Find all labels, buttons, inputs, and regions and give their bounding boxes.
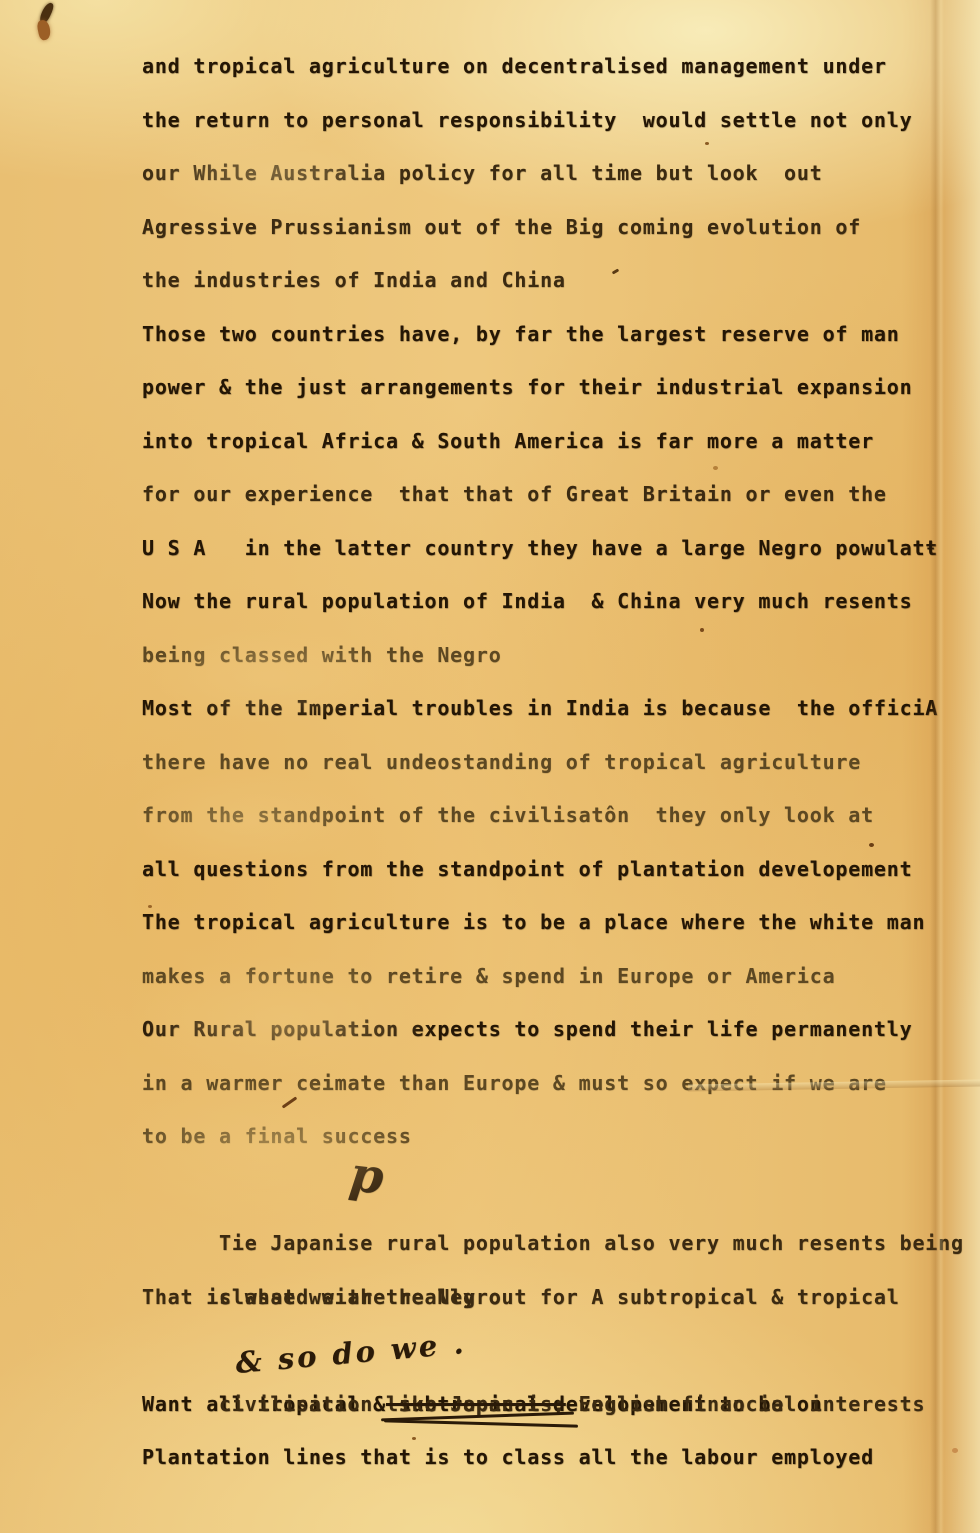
typed-text: English financial interests <box>566 1392 926 1416</box>
typed-text: civilisation <box>219 1392 386 1416</box>
strikethrough-text: like Japan is; <box>386 1392 566 1416</box>
typed-line-16: all questions from the standpoint of pla… <box>142 843 950 897</box>
typed-text: classed with the Negro <box>219 1285 502 1309</box>
handwritten-letter-p: p <box>347 1150 387 1202</box>
typed-line-09: for our experience that that of Great Br… <box>142 468 950 522</box>
paper-speck <box>952 1448 958 1453</box>
paper-speck <box>700 628 704 632</box>
typed-line-18: makes a fortune to retire & spend in Eur… <box>142 950 950 1004</box>
typed-line-06: Those two countries have, by far the lar… <box>142 308 950 362</box>
scanned-document: { "colors": { "paper": "#ebc377", "ink_d… <box>0 0 980 1533</box>
typed-line-21: to be a final success <box>142 1110 950 1164</box>
typed-line-27: Plantation lines that is to class all th… <box>142 1431 950 1485</box>
paper-speck <box>412 1437 416 1440</box>
typed-line-23: classed with the Negro & so do we . <box>142 1217 950 1271</box>
paper-background: and tropical agriculture on decentralise… <box>0 0 980 1533</box>
paper-speck <box>705 142 709 145</box>
ink-blot <box>34 2 60 50</box>
typed-line-05: the industries of India and China <box>142 254 950 308</box>
typed-line-22: Tie Japanise rural population also very … <box>142 1164 950 1218</box>
typed-line-01: and tropical agriculture on decentralise… <box>142 40 950 94</box>
paper-speck <box>148 905 152 908</box>
typed-line-13: Most of the Imperial troubles in India i… <box>142 682 950 736</box>
typed-line-11: Now the rural population of India & Chin… <box>142 575 950 629</box>
typed-line-02: the return to personal responsibility wo… <box>142 94 950 148</box>
paper-speck <box>713 466 718 470</box>
typed-line-12: being classed with the Negro <box>142 629 950 683</box>
typed-line-25: civilisation like Japan is; English fina… <box>142 1324 950 1378</box>
typed-line-04: Agressive Prussianism out of the Big com… <box>142 201 950 255</box>
typed-text-block: and tropical agriculture on decentralise… <box>142 40 950 1485</box>
typed-line-15: from the standpoint of the civilisatôn t… <box>142 789 950 843</box>
typed-line-10: U S A in the latter country they have a … <box>142 522 950 576</box>
typed-line-03: our While Australia policy for all time … <box>142 147 950 201</box>
typed-line-19: Our Rural population expects to spend th… <box>142 1003 950 1057</box>
typed-line-17: The tropical agriculture is to be a plac… <box>142 896 950 950</box>
paper-speck <box>869 843 874 847</box>
typed-line-07: power & the just arrangements for their … <box>142 361 950 415</box>
paper-crease-vertical <box>930 0 944 1533</box>
typed-line-08: into tropical Africa & South America is … <box>142 415 950 469</box>
typed-line-14: there have no real undeostanding of trop… <box>142 736 950 790</box>
